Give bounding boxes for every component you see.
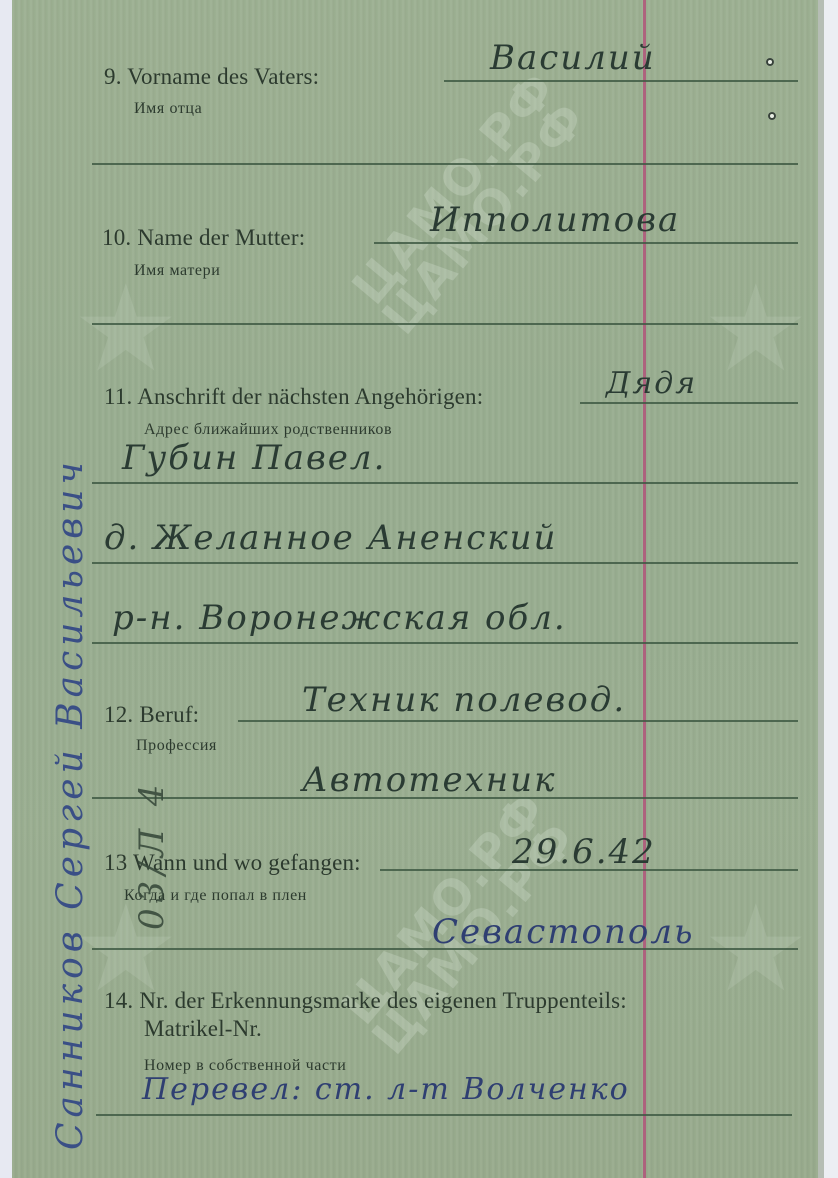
watermark: ЦАМО.РФ <box>342 61 568 316</box>
field-11-value-2: Губин Павел. <box>122 438 386 478</box>
field-12-label: 12. Beruf: <box>104 702 199 728</box>
field-11-value-3: д. Желанное Аненский <box>104 518 557 558</box>
field-13-value-2: Севастополь <box>432 912 694 952</box>
field-14-value: Перевел: ст. л-т Волченко <box>142 1072 630 1107</box>
field-9-label: 9. Vorname des Vaters: <box>104 64 319 90</box>
field-12-line <box>238 720 798 722</box>
field-10-line-2 <box>92 323 798 325</box>
field-14-line <box>96 1114 792 1116</box>
watermark-star-icon: ★ <box>72 260 180 399</box>
field-12-value-1: Техник полевод. <box>302 680 626 720</box>
field-11-line-4 <box>92 642 798 644</box>
field-12-line-2 <box>92 797 798 799</box>
field-9-line-2 <box>92 163 798 165</box>
field-11-line-3 <box>92 562 798 564</box>
field-9-label-ru: Имя отца <box>134 100 202 118</box>
field-10-value: Ипполитова <box>430 200 680 240</box>
field-9-line <box>444 80 798 82</box>
field-11-value-4: р-н. Воронежская обл. <box>112 598 567 638</box>
field-10-line <box>374 242 798 244</box>
field-10-label-ru: Имя матери <box>134 262 220 280</box>
margin-red-line <box>643 0 646 1178</box>
field-11-value-1: Дядя <box>606 366 697 401</box>
margin-pencil-note: 03/Л 4 <box>132 778 172 930</box>
punch-hole <box>768 112 776 120</box>
field-14-label: 14. Nr. der Erkennungsmarke des eigenen … <box>104 988 627 1014</box>
field-12-value-2: Автотехник <box>302 760 556 800</box>
field-13-line-2 <box>92 948 798 950</box>
scan-right-margin <box>824 0 838 1178</box>
document-card: ЦАМО.РФ ЦАМО.РФ ЦАМО.РФ ЦАМО.РФ ★ ★ ★ ★ … <box>12 0 818 1178</box>
field-13-value-1: 29.6.42 <box>512 832 656 872</box>
scan-left-margin <box>0 0 12 1178</box>
margin-name-vertical: Санников Сергей Васильевич <box>50 457 91 1150</box>
field-12-label-ru: Профессия <box>136 737 217 755</box>
punch-hole <box>766 58 774 66</box>
field-11-label-ru: Адрес ближайших родственников <box>144 421 392 439</box>
field-11-line-2 <box>92 482 798 484</box>
field-9-value: Василий <box>490 38 656 78</box>
field-10-label: 10. Name der Mutter: <box>102 225 305 251</box>
field-11-line <box>580 402 798 404</box>
watermark-star-icon: ★ <box>702 260 810 399</box>
field-11-label: 11. Anschrift der nächsten Angehörigen: <box>104 384 483 410</box>
field-14-label-2: Matrikel-Nr. <box>144 1016 262 1042</box>
